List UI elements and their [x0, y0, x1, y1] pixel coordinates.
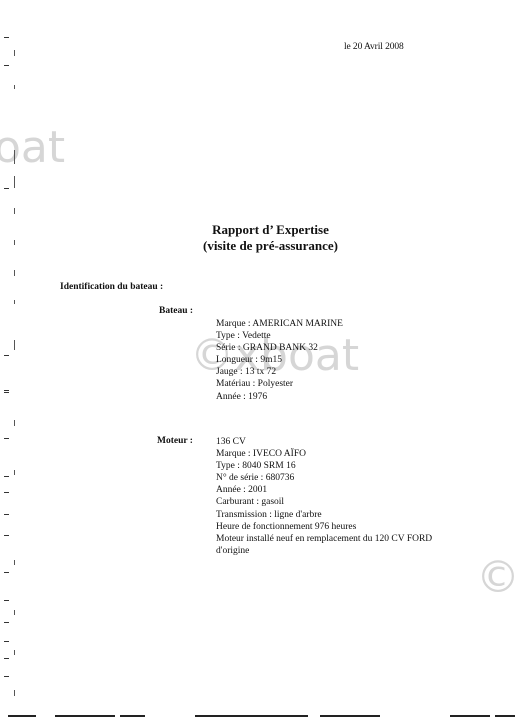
bateau-detail: Longueur : 9m15	[216, 354, 343, 366]
document-date: le 20 Avril 2008	[344, 42, 404, 52]
moteur-detail: Type : 8040 SRM 16	[216, 460, 432, 472]
moteur-detail: N° de série : 680736	[216, 472, 432, 484]
moteur-detail: Année : 2001	[216, 484, 432, 496]
watermark-right: ©X	[476, 552, 521, 603]
moteur-detail: Marque : IVECO AÏFO	[216, 448, 432, 460]
document-title: Rapport d’ Expertise (visite de pré-assu…	[0, 222, 521, 254]
moteur-detail: 136 CV	[216, 436, 432, 448]
moteur-detail: Moteur installé neuf en remplacement du …	[216, 533, 432, 545]
bateau-detail: Type : Vedette	[216, 330, 343, 342]
bateau-detail: Jauge : 13 tx 72	[216, 366, 343, 378]
moteur-detail: Heure de fonctionnement 976 heures	[216, 521, 432, 533]
bateau-detail: Matériau : Polyester	[216, 378, 343, 390]
moteur-detail: Carburant : gasoil	[216, 496, 432, 508]
moteur-label: Moteur :	[157, 436, 193, 446]
moteur-detail: d'origine	[216, 545, 432, 557]
scan-bottom-edge	[0, 713, 521, 717]
bateau-detail: Marque : AMERICAN MARINE	[216, 318, 343, 330]
scanned-document-page: oat ©xboat ©X le 20 Avril 2008 Rapport d…	[0, 0, 521, 720]
moteur-detail: Transmission : ligne d'arbre	[216, 509, 432, 521]
bateau-detail: Année : 1976	[216, 391, 343, 403]
title-line-2: (visite de pré-assurance)	[20, 238, 521, 254]
bateau-detail: Série : GRAND BANK 32	[216, 342, 343, 354]
bateau-label: Bateau :	[159, 306, 193, 316]
moteur-details-list: 136 CV Marque : IVECO AÏFO Type : 8040 S…	[216, 436, 432, 557]
bateau-details-list: Marque : AMERICAN MARINE Type : Vedette …	[216, 318, 343, 403]
title-line-1: Rapport d’ Expertise	[20, 222, 521, 238]
section-heading-identification: Identification du bateau :	[60, 282, 163, 292]
binding-margin-marks	[0, 0, 20, 720]
